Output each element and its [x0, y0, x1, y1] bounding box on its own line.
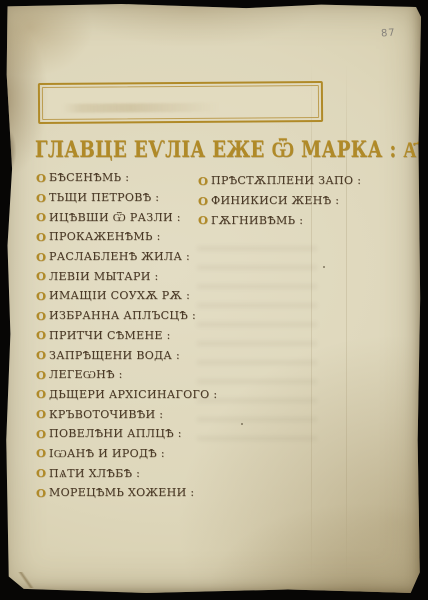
chapter-entry: ОТЬЩИ ПЕТРОВѢ :	[36, 188, 217, 208]
initial-letter-o: О	[36, 427, 49, 441]
ink-speck	[241, 423, 243, 425]
chapter-entry: ОПѦТИ ХЛѢБѢ :	[36, 463, 217, 483]
chapter-list-title: ГЛАВЦЕ ЕѴЛІА ЕЖЕ Ѿ МАРКА : А҃ :	[35, 136, 345, 163]
chapter-entry-text: ІѠАНѢ И ИРОДѢ :	[49, 447, 165, 460]
chapter-entry: ОЛЕГЕѠНѢ :	[36, 365, 217, 385]
chapter-entry: ОБѢСЕНѢМЬ :	[36, 168, 217, 188]
chapter-entry-text: ТЬЩИ ПЕТРОВѢ :	[49, 191, 159, 204]
chapter-entry: ОЛЕВІИ МЫТАРИ :	[36, 266, 217, 286]
chapter-entry-text: ФИНИКИСИ ЖЕНѢ :	[211, 194, 339, 207]
initial-letter-o: О	[36, 171, 49, 185]
chapter-entry: ОГѪГНИВѢМЬ :	[198, 210, 361, 230]
chapter-entry: ОПРѢСТѪПЛЕНИ ЗАПО :	[198, 171, 361, 191]
chapter-entry-text: БѢСЕНѢМЬ :	[49, 171, 129, 184]
chapter-entry-text: ЛЕВІИ МЫТАРИ :	[49, 270, 159, 283]
initial-letter-o: О	[198, 194, 211, 208]
chapter-entry-text: РАСЛАБЛЕНѢ ЖИЛА :	[49, 250, 190, 263]
initial-letter-o: О	[36, 250, 49, 264]
initial-letter-o: О	[36, 210, 49, 224]
initial-letter-o: О	[36, 466, 49, 480]
folio-number: 87	[381, 27, 396, 39]
chapter-entry: ОІѠАНѢ И ИРОДѢ :	[36, 444, 217, 464]
chapter-entry-text: ПРѢСТѪПЛЕНИ ЗАПО :	[211, 174, 361, 187]
chapter-entry-text: МОРЕЦѢМЬ ХОЖЕНИ :	[49, 486, 194, 499]
initial-letter-o: О	[36, 446, 49, 460]
chapter-entry-text: ИМАЩІИ СОУХѪ РѪ :	[49, 289, 190, 302]
chapter-entry-text: ПРИТЧИ СѢМЕНЕ :	[49, 329, 171, 342]
initial-letter-o: О	[198, 213, 211, 227]
chapter-entry: ОИЗБРАННА АПЛЪСЦѢ :	[36, 306, 217, 326]
chapter-list-left-column: ОБѢСЕНѢМЬ : ОТЬЩИ ПЕТРОВѢ : ОИЦѢВШИ Ѿ РА…	[36, 168, 217, 503]
chapter-entry: ОКРЪВОТОЧИВѢИ :	[36, 404, 217, 424]
initial-letter-o: О	[36, 368, 49, 382]
ink-speck	[323, 266, 325, 268]
initial-letter-o: О	[36, 407, 49, 421]
manuscript-page: 87 ГЛАВЦЕ ЕѴЛІА ЕЖЕ Ѿ МАРКА : А҃ : ОБѢСЕ…	[5, 4, 421, 593]
parchment-scratch	[14, 572, 38, 588]
chapter-entry-text: ДЬЩЕРИ АРХІСИНАГОГО :	[49, 388, 217, 401]
chapter-entry-text: ЗАПРѢЩЕНИ ВОДА :	[49, 349, 180, 362]
initial-letter-o: О	[36, 289, 49, 303]
initial-letter-o: О	[36, 486, 49, 500]
chapter-entry-text: ГѪГНИВѢМЬ :	[211, 214, 303, 227]
chapter-entry-text: КРЪВОТОЧИВѢИ :	[49, 408, 163, 421]
chapter-entry-text: ПРОКАЖЕНѢМЬ :	[49, 230, 161, 243]
initial-letter-o: О	[36, 348, 49, 362]
initial-letter-o: О	[36, 230, 49, 244]
chapter-entry: ОПРОКАЖЕНѢМЬ :	[36, 227, 217, 247]
chapter-entry: ОИЦѢВШИ Ѿ РАЗЛИ :	[36, 207, 217, 227]
chapter-entry: ОПОВЕЛѢНИ АПЛЦѢ :	[36, 424, 217, 444]
chapter-entry: ОПРИТЧИ СѢМЕНЕ :	[36, 326, 217, 346]
chapter-entry-text: ПѦТИ ХЛѢБѢ :	[49, 467, 140, 480]
erased-text-area	[62, 103, 259, 113]
chapter-entry: ОФИНИКИСИ ЖЕНѢ :	[198, 191, 361, 211]
chapter-entry: ОДЬЩЕРИ АРХІСИНАГОГО :	[36, 385, 217, 405]
chapter-entry: ОЗАПРѢЩЕНИ ВОДА :	[36, 345, 217, 365]
initial-letter-o: О	[198, 174, 211, 188]
chapter-entry-text: ПОВЕЛѢНИ АПЛЦѢ :	[49, 427, 182, 440]
chapter-entry-text: ИЗБРАННА АПЛЪСЦѢ :	[49, 309, 196, 322]
initial-letter-o: О	[36, 328, 49, 342]
chapter-entry: ОРАСЛАБЛЕНѢ ЖИЛА :	[36, 247, 217, 267]
chapter-entry: ОИМАЩІИ СОУХѪ РѪ :	[36, 286, 217, 306]
initial-letter-o: О	[36, 387, 49, 401]
chapter-entry: ОМОРЕЦѢМЬ ХОЖЕНИ :	[36, 483, 217, 503]
initial-letter-o: О	[36, 269, 49, 283]
chapter-list-right-column: ОПРѢСТѪПЛЕНИ ЗАПО : ОФИНИКИСИ ЖЕНѢ : ОГѪ…	[198, 171, 361, 230]
initial-letter-o: О	[36, 309, 49, 323]
ornament-frame	[38, 81, 323, 124]
initial-letter-o: О	[36, 191, 49, 205]
chapter-entry-text: ЛЕГЕѠНѢ :	[49, 368, 123, 381]
chapter-entry-text: ИЦѢВШИ Ѿ РАЗЛИ :	[49, 211, 181, 224]
